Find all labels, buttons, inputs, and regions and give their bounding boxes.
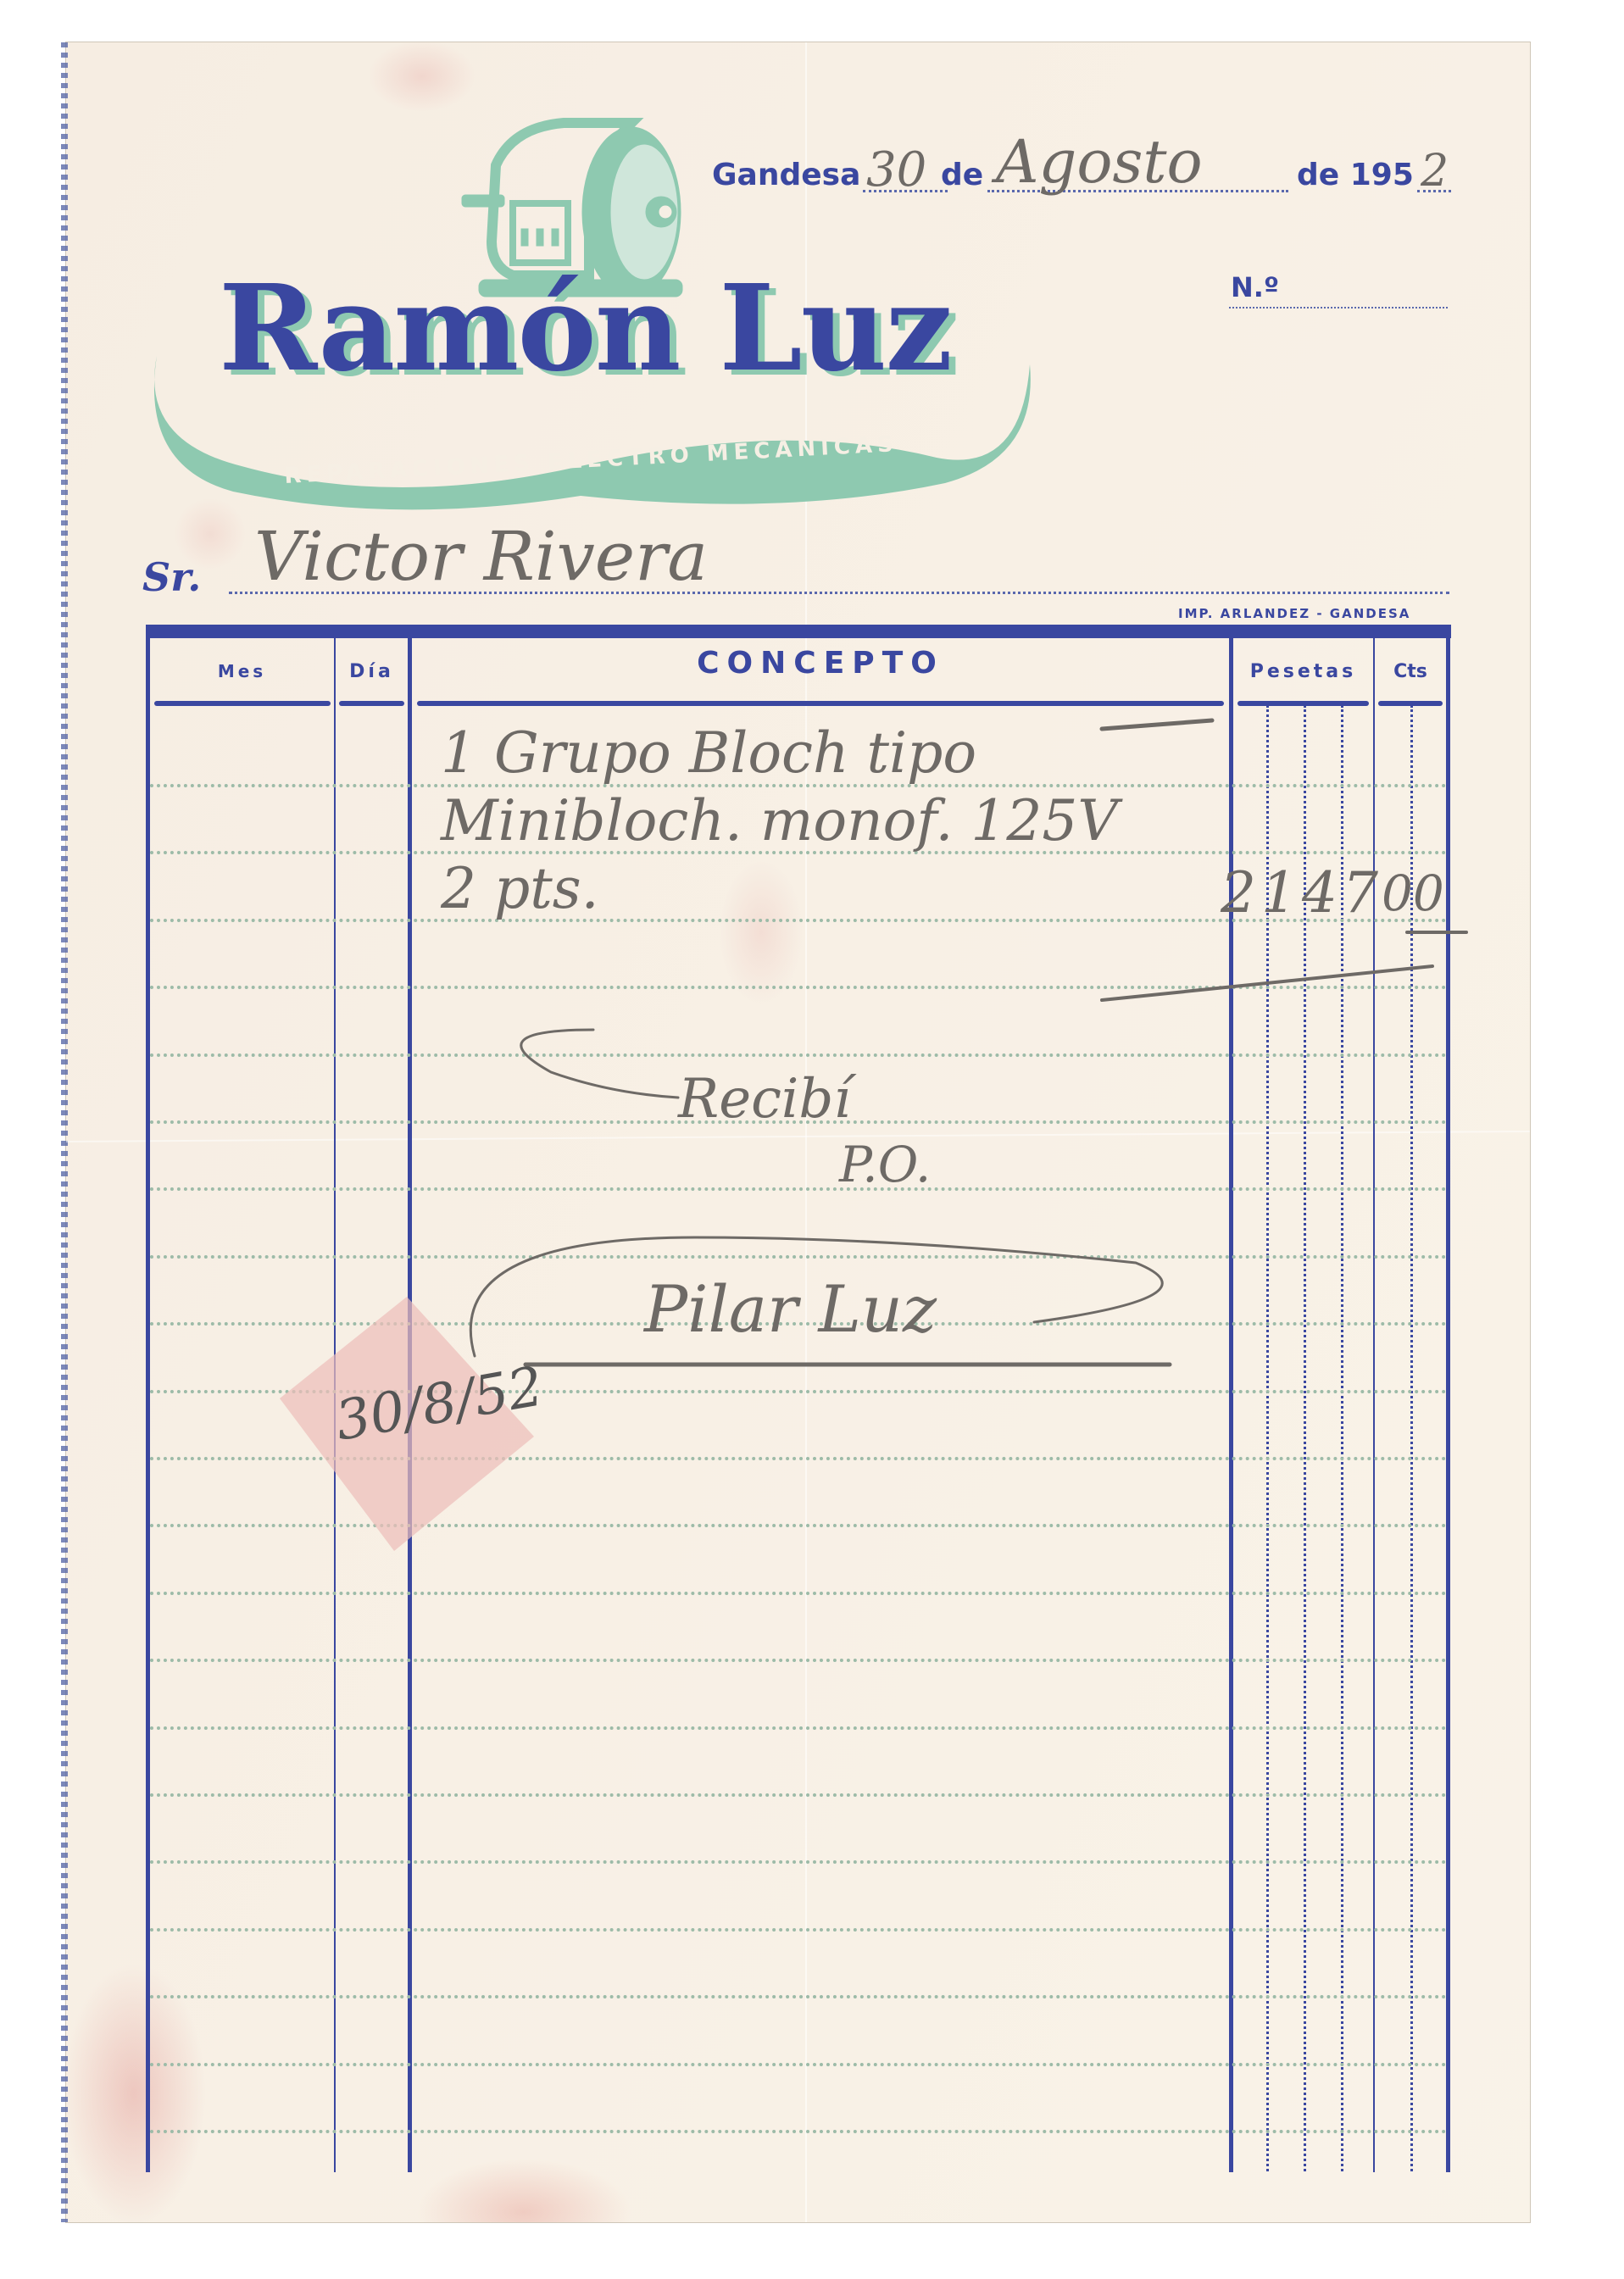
- pencil-strokes: [0, 0, 1624, 2279]
- received-note: Recibí: [678, 1068, 851, 1131]
- signature: Pilar Luz: [644, 1271, 937, 1347]
- po-note: P.O.: [839, 1136, 931, 1193]
